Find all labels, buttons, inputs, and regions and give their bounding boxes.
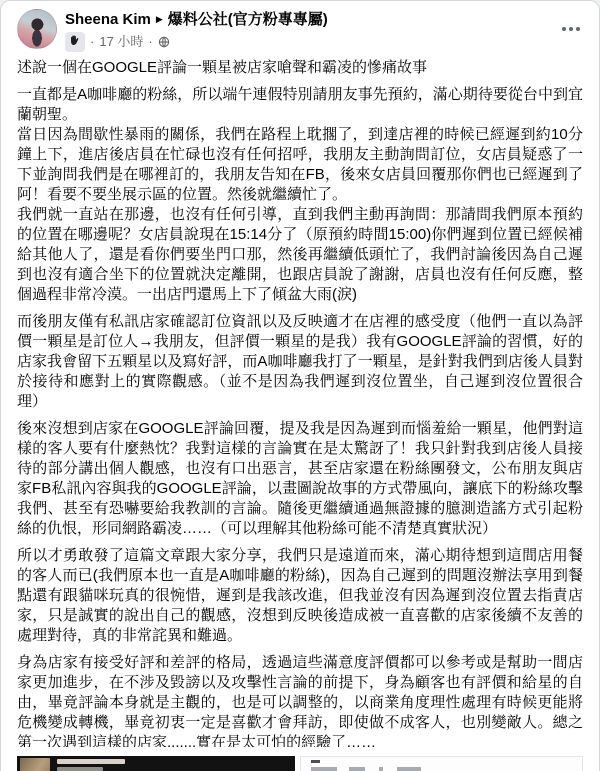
attachment-photo-thumb: [20, 758, 50, 771]
attachment-text-line: [57, 767, 103, 771]
facebook-post-card: Sheena Kim ▶ 爆料公社(官方粉專專屬) · 17 小時 ·: [0, 0, 600, 771]
waving-hand-icon: [69, 34, 82, 51]
group-name-link[interactable]: 爆料公社(官方粉專專屬): [168, 10, 328, 29]
attachment-text-line: [397, 767, 421, 771]
attachment-image-dark[interactable]: [17, 756, 295, 771]
attachment-image-light[interactable]: [300, 756, 583, 771]
new-member-badge: [65, 32, 85, 52]
meta-separator: ·: [90, 34, 94, 50]
header-texts: Sheena Kim ▶ 爆料公社(官方粉專專屬) · 17 小時 ·: [65, 9, 328, 52]
attachment-text-line: [349, 767, 365, 771]
avatar[interactable]: [17, 9, 57, 49]
post-paragraph: 身為店家有接受好評和差評的格局，透過這些滿意度評價都可以參考或是幫助一間店家更加…: [17, 653, 583, 753]
post-header: Sheena Kim ▶ 爆料公社(官方粉專專屬) · 17 小時 ·: [1, 1, 599, 49]
author-name-link[interactable]: Sheena Kim: [65, 10, 151, 29]
name-row: Sheena Kim ▶ 爆料公社(官方粉專專屬): [65, 10, 328, 29]
post-paragraph: 所以才勇敢發了這篇文章跟大家分享，我們只是遠道而來，滿心期待想到這間店用餐的客人…: [17, 546, 583, 646]
attachment-text-line: [57, 759, 125, 764]
post-paragraph: 而後朋友僅有私訊店家確認訂位資訊以及反映適才在店裡的感受度（他們一直以為評價一顆…: [17, 312, 583, 412]
post-body-text: 述說一個在GOOGLE評論一顆星被店家嗆聲和霸凌的慘痛故事 一直都是A咖啡廳的粉…: [1, 58, 599, 753]
timestamp-link[interactable]: 17 小時: [99, 34, 143, 50]
attachment-text-line: [311, 760, 320, 763]
shared-to-arrow-icon: ▶: [156, 10, 163, 29]
more-options-icon[interactable]: [555, 17, 587, 41]
meta-separator: ·: [148, 34, 152, 50]
post-paragraph: 後來沒想到店家在GOOGLE評論回覆，提及我是因為遲到而惱羞給一顆星，他們對這樣…: [17, 419, 583, 539]
attachment-text-line: [379, 767, 383, 771]
post-paragraph: 一直都是A咖啡廳的粉絲，所以端午連假特別請朋友事先預約，滿心期待要從台中到宜蘭朝…: [17, 85, 583, 305]
attachment-strip: [1, 747, 599, 771]
post-paragraph: 述說一個在GOOGLE評論一顆星被店家嗆聲和霸凌的慘痛故事: [17, 58, 583, 78]
globe-privacy-icon: [158, 36, 170, 48]
post-meta: · 17 小時 ·: [65, 32, 328, 52]
attachment-text-line: [311, 767, 337, 771]
